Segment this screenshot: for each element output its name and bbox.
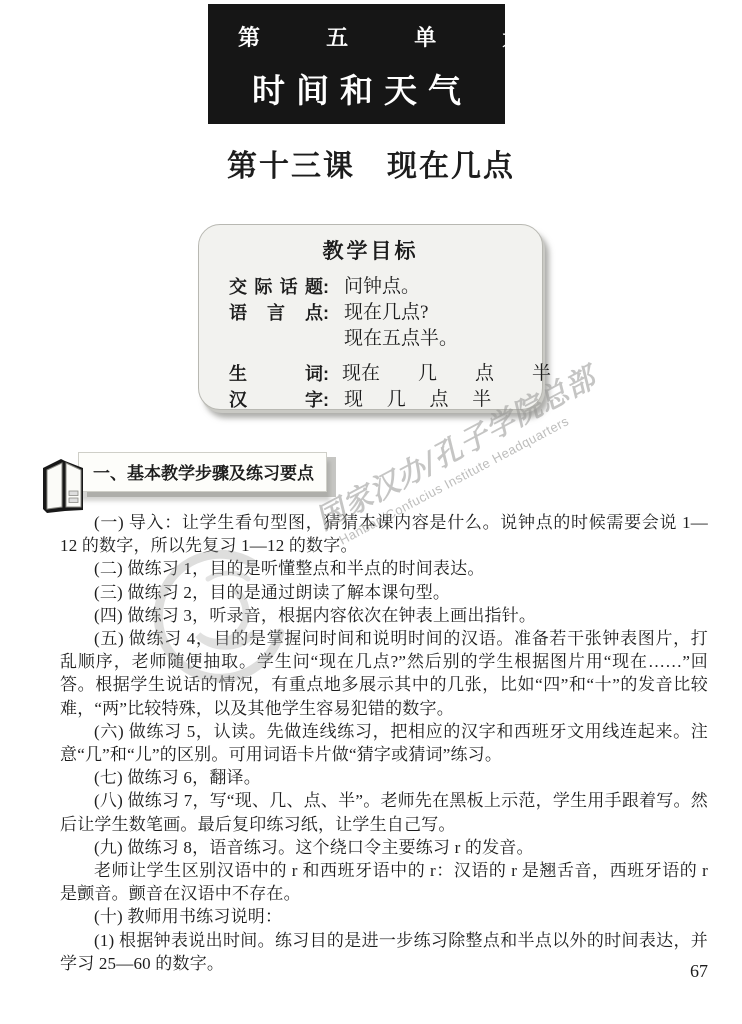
paragraph: (一) 导入：让学生看句型图，猜猜本课内容是什么。说钟点的时候需要会说 1—12…	[60, 511, 708, 557]
unit-banner: 第 五 单 元 时间和天气	[208, 4, 505, 124]
objective-value-line: 现在五点半。	[344, 326, 458, 352]
section-title: 一、基本教学步骤及练习要点	[93, 464, 314, 483]
paragraph: (九) 做练习 8，语音练习。这个绕口令主要练习 r 的发音。	[60, 836, 708, 859]
section-header: 一、基本教学步骤及练习要点	[40, 452, 327, 492]
objective-colon: :	[323, 361, 329, 387]
lesson-title: 第十三课 现在几点	[0, 141, 742, 185]
objective-colon: :	[323, 387, 331, 413]
objective-value: 问钟点。	[344, 274, 420, 300]
textbook-page: 国家汉办/孔子学院总部 Hanban/Confucius Institute H…	[0, 0, 742, 1024]
paragraph: (二) 做练习 1，目的是听懂整点和半点的时间表达。	[60, 557, 708, 580]
objective-value: 现 几 点 半	[344, 387, 491, 413]
objective-colon: :	[323, 300, 331, 326]
paragraph: (七) 做练习 6，翻译。	[60, 766, 708, 789]
objective-value-line: 现在几点?	[344, 300, 458, 326]
objective-row-topic: 交际话题 : 问钟点。	[229, 274, 530, 300]
objective-label: 汉字	[229, 387, 323, 413]
objective-label: 生词	[229, 361, 323, 387]
objectives-card-body: 交际话题 : 问钟点。 语言点 : 现在几点? 现在五点半。 生词 : 现在 几…	[229, 274, 530, 413]
objective-value: 现在几点? 现在五点半。	[344, 300, 458, 352]
paragraph: (八) 做练习 7，写“现、几、点、半”。老师先在黑板上示范，学生用手跟着写。然…	[60, 789, 708, 835]
unit-title: 时间和天气	[208, 65, 505, 112]
page-number: 67	[690, 961, 708, 982]
open-book-icon	[40, 458, 86, 514]
objectives-card: 教学目标 交际话题 : 问钟点。 语言点 : 现在几点? 现在五点半。 生词 :…	[198, 224, 543, 410]
objective-row-characters: 汉字 : 现 几 点 半	[229, 387, 530, 413]
paragraph: (十) 教师用书练习说明：	[60, 905, 708, 928]
section-title-bar: 一、基本教学步骤及练习要点	[78, 452, 327, 492]
objective-label: 交际话题	[229, 274, 323, 300]
paragraph: (四) 做练习 3，听录音，根据内容依次在钟表上画出指针。	[60, 604, 708, 627]
paragraph: 老师让学生区别汉语中的 r 和西班牙语中的 r：汉语的 r 是翘舌音，西班牙语的…	[60, 859, 708, 905]
objectives-card-title: 教学目标	[199, 225, 542, 265]
paragraph: (三) 做练习 2，目的是通过朗读了解本课句型。	[60, 581, 708, 604]
unit-number: 第 五 单 元	[208, 21, 505, 52]
objective-value: 现在 几 点 半	[342, 361, 551, 387]
body-text: (一) 导入：让学生看句型图，猜猜本课内容是什么。说钟点的时候需要会说 1—12…	[60, 511, 708, 975]
paragraph: (六) 做练习 5，认读。先做连线练习，把相应的汉字和西班牙文用线连起来。注意“…	[60, 720, 708, 766]
objective-colon: :	[323, 274, 331, 300]
objective-row-new-words: 生词 : 现在 几 点 半	[229, 361, 530, 387]
paragraph: (1) 根据钟表说出时间。练习目的是进一步练习除整点和半点以外的时间表达，并学习…	[60, 929, 708, 975]
paragraph: (五) 做练习 4，目的是掌握问时间和说明时间的汉语。准备若干张钟表图片，打乱顺…	[60, 627, 708, 720]
objective-label: 语言点	[229, 300, 323, 326]
objective-row-language-points: 语言点 : 现在几点? 现在五点半。	[229, 300, 530, 352]
